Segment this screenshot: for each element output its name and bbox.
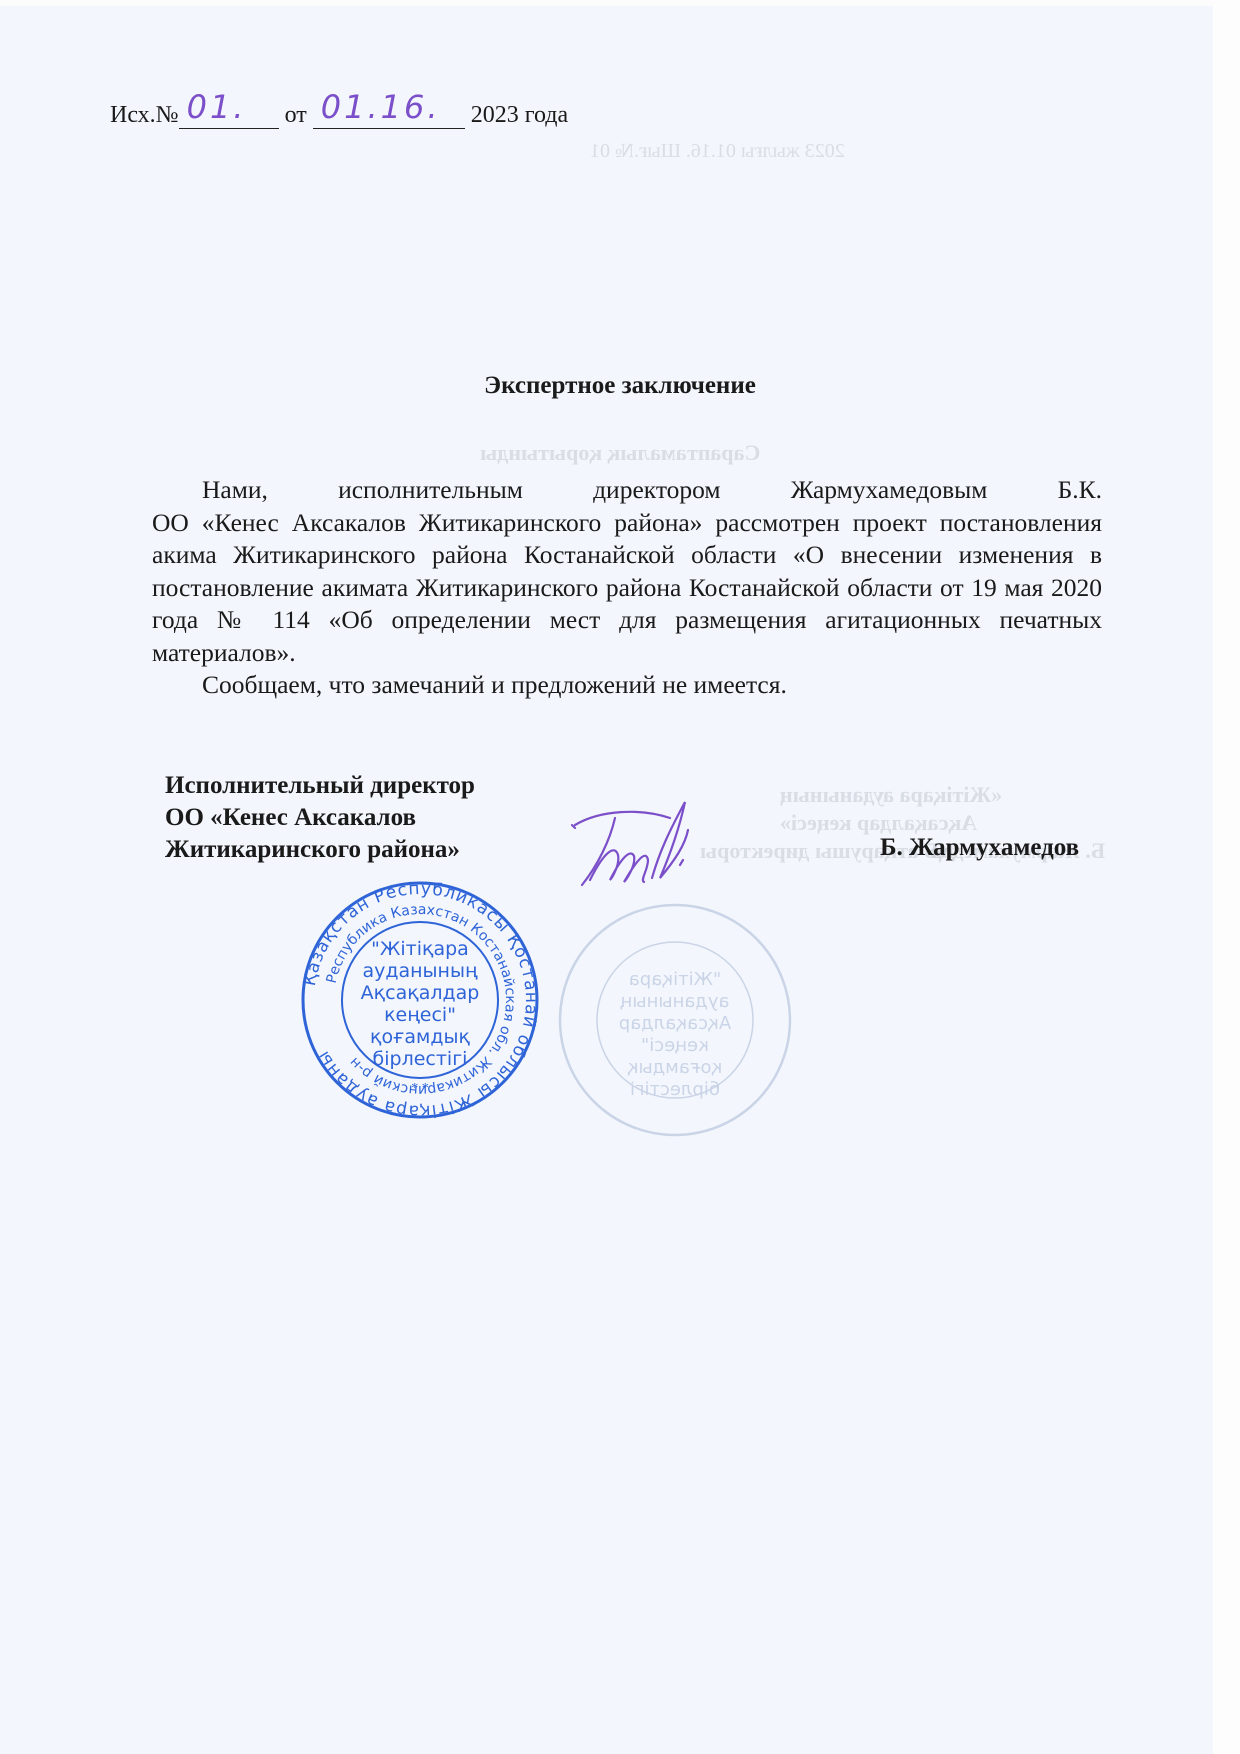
stamp-center-line-6: бірлестігі [300,1048,540,1070]
stamp-center-line-2: ауданының [300,960,540,982]
svg-text:Ақсақалдар: Ақсақалдар [619,1013,731,1034]
outgoing-number-label: Исх.№ [110,102,179,128]
svg-text:қоғамдық: қоғамдық [628,1057,723,1078]
date-handwritten: 01.16. [321,88,441,126]
stamp-center-line-5: қоғамдық [300,1026,540,1048]
outgoing-number-handwritten: 01. [187,88,247,126]
show-through-sig-1: «Жітіқара ауданының [780,782,1002,808]
signatory-name: Б. Жармухамедов [880,834,1079,862]
show-through-title: Сараптамалық қорытынды [480,440,760,466]
body-paragraph-1-line-1: Нами, исполнительным директором Жармухам… [152,474,1102,507]
signatory-position: Исполнительный директор ОО «Кенес Аксака… [165,770,475,866]
svg-text:* *: * * [411,1081,429,1096]
position-line-2: ОО «Кенес Аксакалов [165,802,475,834]
scan-right-edge [1213,0,1240,1754]
stamp-center-line-4: кеңесі" [300,1004,540,1026]
position-line-1: Исполнительный директор [165,770,475,802]
svg-text:ауданының: ауданының [620,991,729,1012]
show-through-header: 2023 жылғы 01.16. Шығ.№ 01 [590,140,845,163]
year-suffix: 2023 года [471,102,568,128]
outgoing-reference: Исх.№01. от 01.16. 2023 года [110,102,568,129]
seal-show-through-icon: "Жітіқара ауданының Ақсақалдар кеңесі" қ… [555,900,795,1140]
outgoing-number-field: 01. [179,102,279,129]
stamp-center-line-3: Ақсақалдар [300,982,540,1004]
document-title: Экспертное заключение [0,372,1240,400]
handwritten-signature-icon [560,790,720,900]
svg-text:"Жітіқара: "Жітіқара [629,969,722,990]
document-body: Нами, исполнительным директором Жармухам… [152,474,1102,702]
stamp-center-line-1: "Жітіқара [300,938,540,960]
svg-text:бірлестігі: бірлестігі [630,1079,720,1100]
date-field: 01.16. [313,102,465,129]
show-through-sig-2: Ақсақалдар кеңесі» [780,810,977,836]
body-paragraph-2: Сообщаем, что замечаний и предложений не… [152,669,1102,702]
body-paragraph-1: ОО «Кенес Аксакалов Житикаринского район… [152,507,1102,670]
svg-text:кеңесі": кеңесі" [641,1035,709,1056]
date-label: от [285,102,307,128]
position-line-3: Житикаринского района» [165,834,475,866]
scan-top-edge [0,0,1240,6]
stamp-center-text: "Жітіқара ауданының Ақсақалдар кеңесі" қ… [300,938,540,1070]
